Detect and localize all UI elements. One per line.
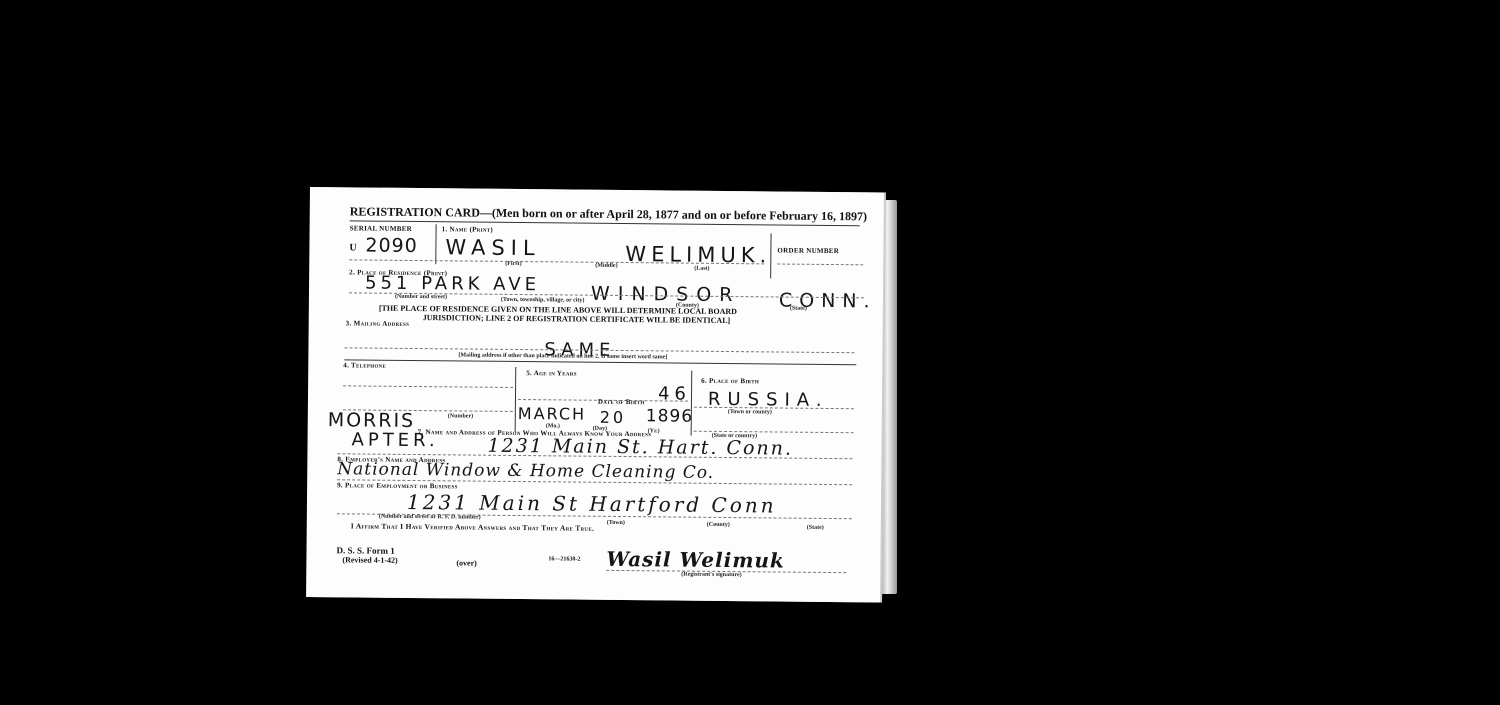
print-code: 16—21630-2 (548, 556, 580, 562)
name-label: 1. Name (Print) (442, 225, 493, 233)
order-number-label: ORDER NUMBER (777, 246, 839, 255)
registrant-signature: Wasil Welimuk (606, 547, 785, 573)
divider (435, 224, 436, 264)
employment-town-label: (Town) (607, 520, 625, 526)
name-first: WASIL (445, 235, 540, 260)
mailing-note: [Mailing address if other than place ind… (458, 352, 667, 360)
divider (777, 263, 863, 265)
state-label: (State) (790, 306, 807, 312)
affirmation-text: I Affirm That I Have Verified Above Answ… (351, 521, 595, 532)
serial-number: 2090 (365, 235, 418, 258)
employment-state-label: (State) (807, 525, 824, 531)
mailing-label: 3. Mailing Address (346, 319, 410, 328)
employment-street-label: (Number and street or R. F. D. number) (379, 514, 481, 521)
divider (770, 233, 771, 278)
employment-place-label: 9. Place of Employment or Business (337, 481, 458, 490)
dob-label: Date of Birth (598, 398, 645, 406)
title-text: REGISTRATION CARD— (350, 204, 492, 219)
over-label: (over) (456, 558, 477, 567)
serial-label: SERIAL NUMBER (350, 224, 413, 233)
dob-day: 20 (600, 408, 627, 427)
employment-county-label: (County) (707, 522, 730, 528)
age-label: 5. Age in Years (526, 369, 577, 377)
registration-card: REGISTRATION CARD—(Men born on or after … (306, 187, 884, 602)
form-name: D. S. S. Form 1 (336, 545, 394, 556)
form-revised: (Revised 4-1-42) (342, 555, 397, 565)
dob-month: MARCH (518, 404, 586, 424)
signature-label: (Registrant's signature) (681, 572, 741, 579)
last-label: (Last) (694, 266, 709, 272)
subtitle-text: (Men born on or after April 28, 1877 and… (492, 206, 867, 224)
street-label: (Number and street) (395, 294, 447, 300)
birthplace-town-label: (Town or county) (728, 409, 772, 415)
telephone-label: 4. Telephone (343, 361, 386, 369)
residence-notice-line2: JURISDICTION; LINE 2 OF REGISTRATION CER… (423, 313, 731, 325)
divider (515, 367, 517, 432)
town-label: (Town, township, village, or city) (501, 297, 585, 304)
birthplace-label: 6. Place of Birth (701, 377, 759, 386)
contact-name-line1: MORRIS (328, 409, 416, 432)
dob-year: 1896 (646, 406, 693, 426)
middle-label: (Middle) (595, 263, 617, 269)
telephone-number-label: (Number) (448, 413, 473, 419)
employment-place-value: 1231 Main St Hartford Conn (407, 490, 777, 518)
contact-name-line2: APTER. (351, 429, 438, 451)
divider (343, 385, 513, 388)
serial-prefix: U (349, 242, 356, 253)
